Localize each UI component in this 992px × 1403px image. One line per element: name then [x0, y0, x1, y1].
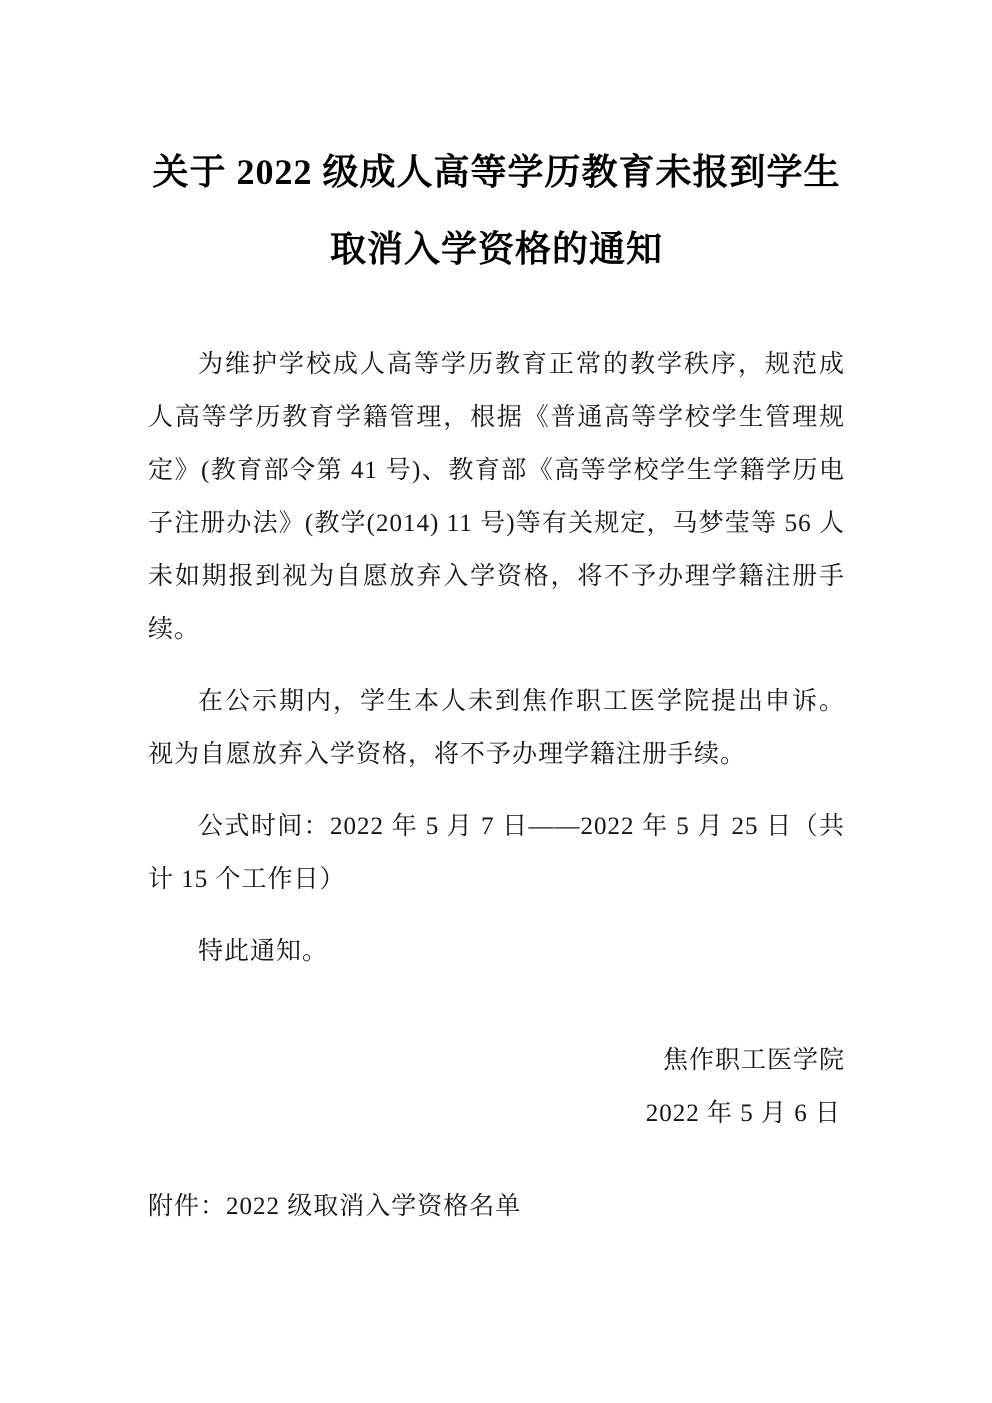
signature-block: 焦作职工医学院 2022 年 5 月 6 日 — [148, 1034, 845, 1140]
signature-organization: 焦作职工医学院 — [148, 1034, 845, 1087]
notice-document-page: 关于 2022 级成人高等学历教育未报到学生 取消入学资格的通知 为维护学校成人… — [0, 0, 992, 1403]
paragraph-appeal-period: 在公示期内，学生本人未到焦作职工医学院提出申诉。视为自愿放弃入学资格，将不予办理… — [148, 675, 845, 781]
paragraph-publicity-dates: 公式时间：2022 年 5 月 7 日——2022 年 5 月 25 日（共计 … — [148, 800, 845, 906]
document-title-line2: 取消入学资格的通知 — [148, 211, 845, 288]
paragraph-closing-notice: 特此通知。 — [148, 925, 845, 978]
document-body: 为维护学校成人高等学历教育正常的教学秩序，规范成人高等学历教育学籍管理，根据《普… — [148, 338, 845, 978]
document-title-line1: 关于 2022 级成人高等学历教育未报到学生 — [148, 134, 845, 211]
paragraph-legal-basis: 为维护学校成人高等学历教育正常的教学秩序，规范成人高等学历教育学籍管理，根据《普… — [148, 338, 845, 656]
document-title: 关于 2022 级成人高等学历教育未报到学生 取消入学资格的通知 — [148, 134, 845, 288]
attachment-reference: 附件：2022 级取消入学资格名单 — [148, 1180, 845, 1233]
signature-date: 2022 年 5 月 6 日 — [148, 1087, 845, 1140]
